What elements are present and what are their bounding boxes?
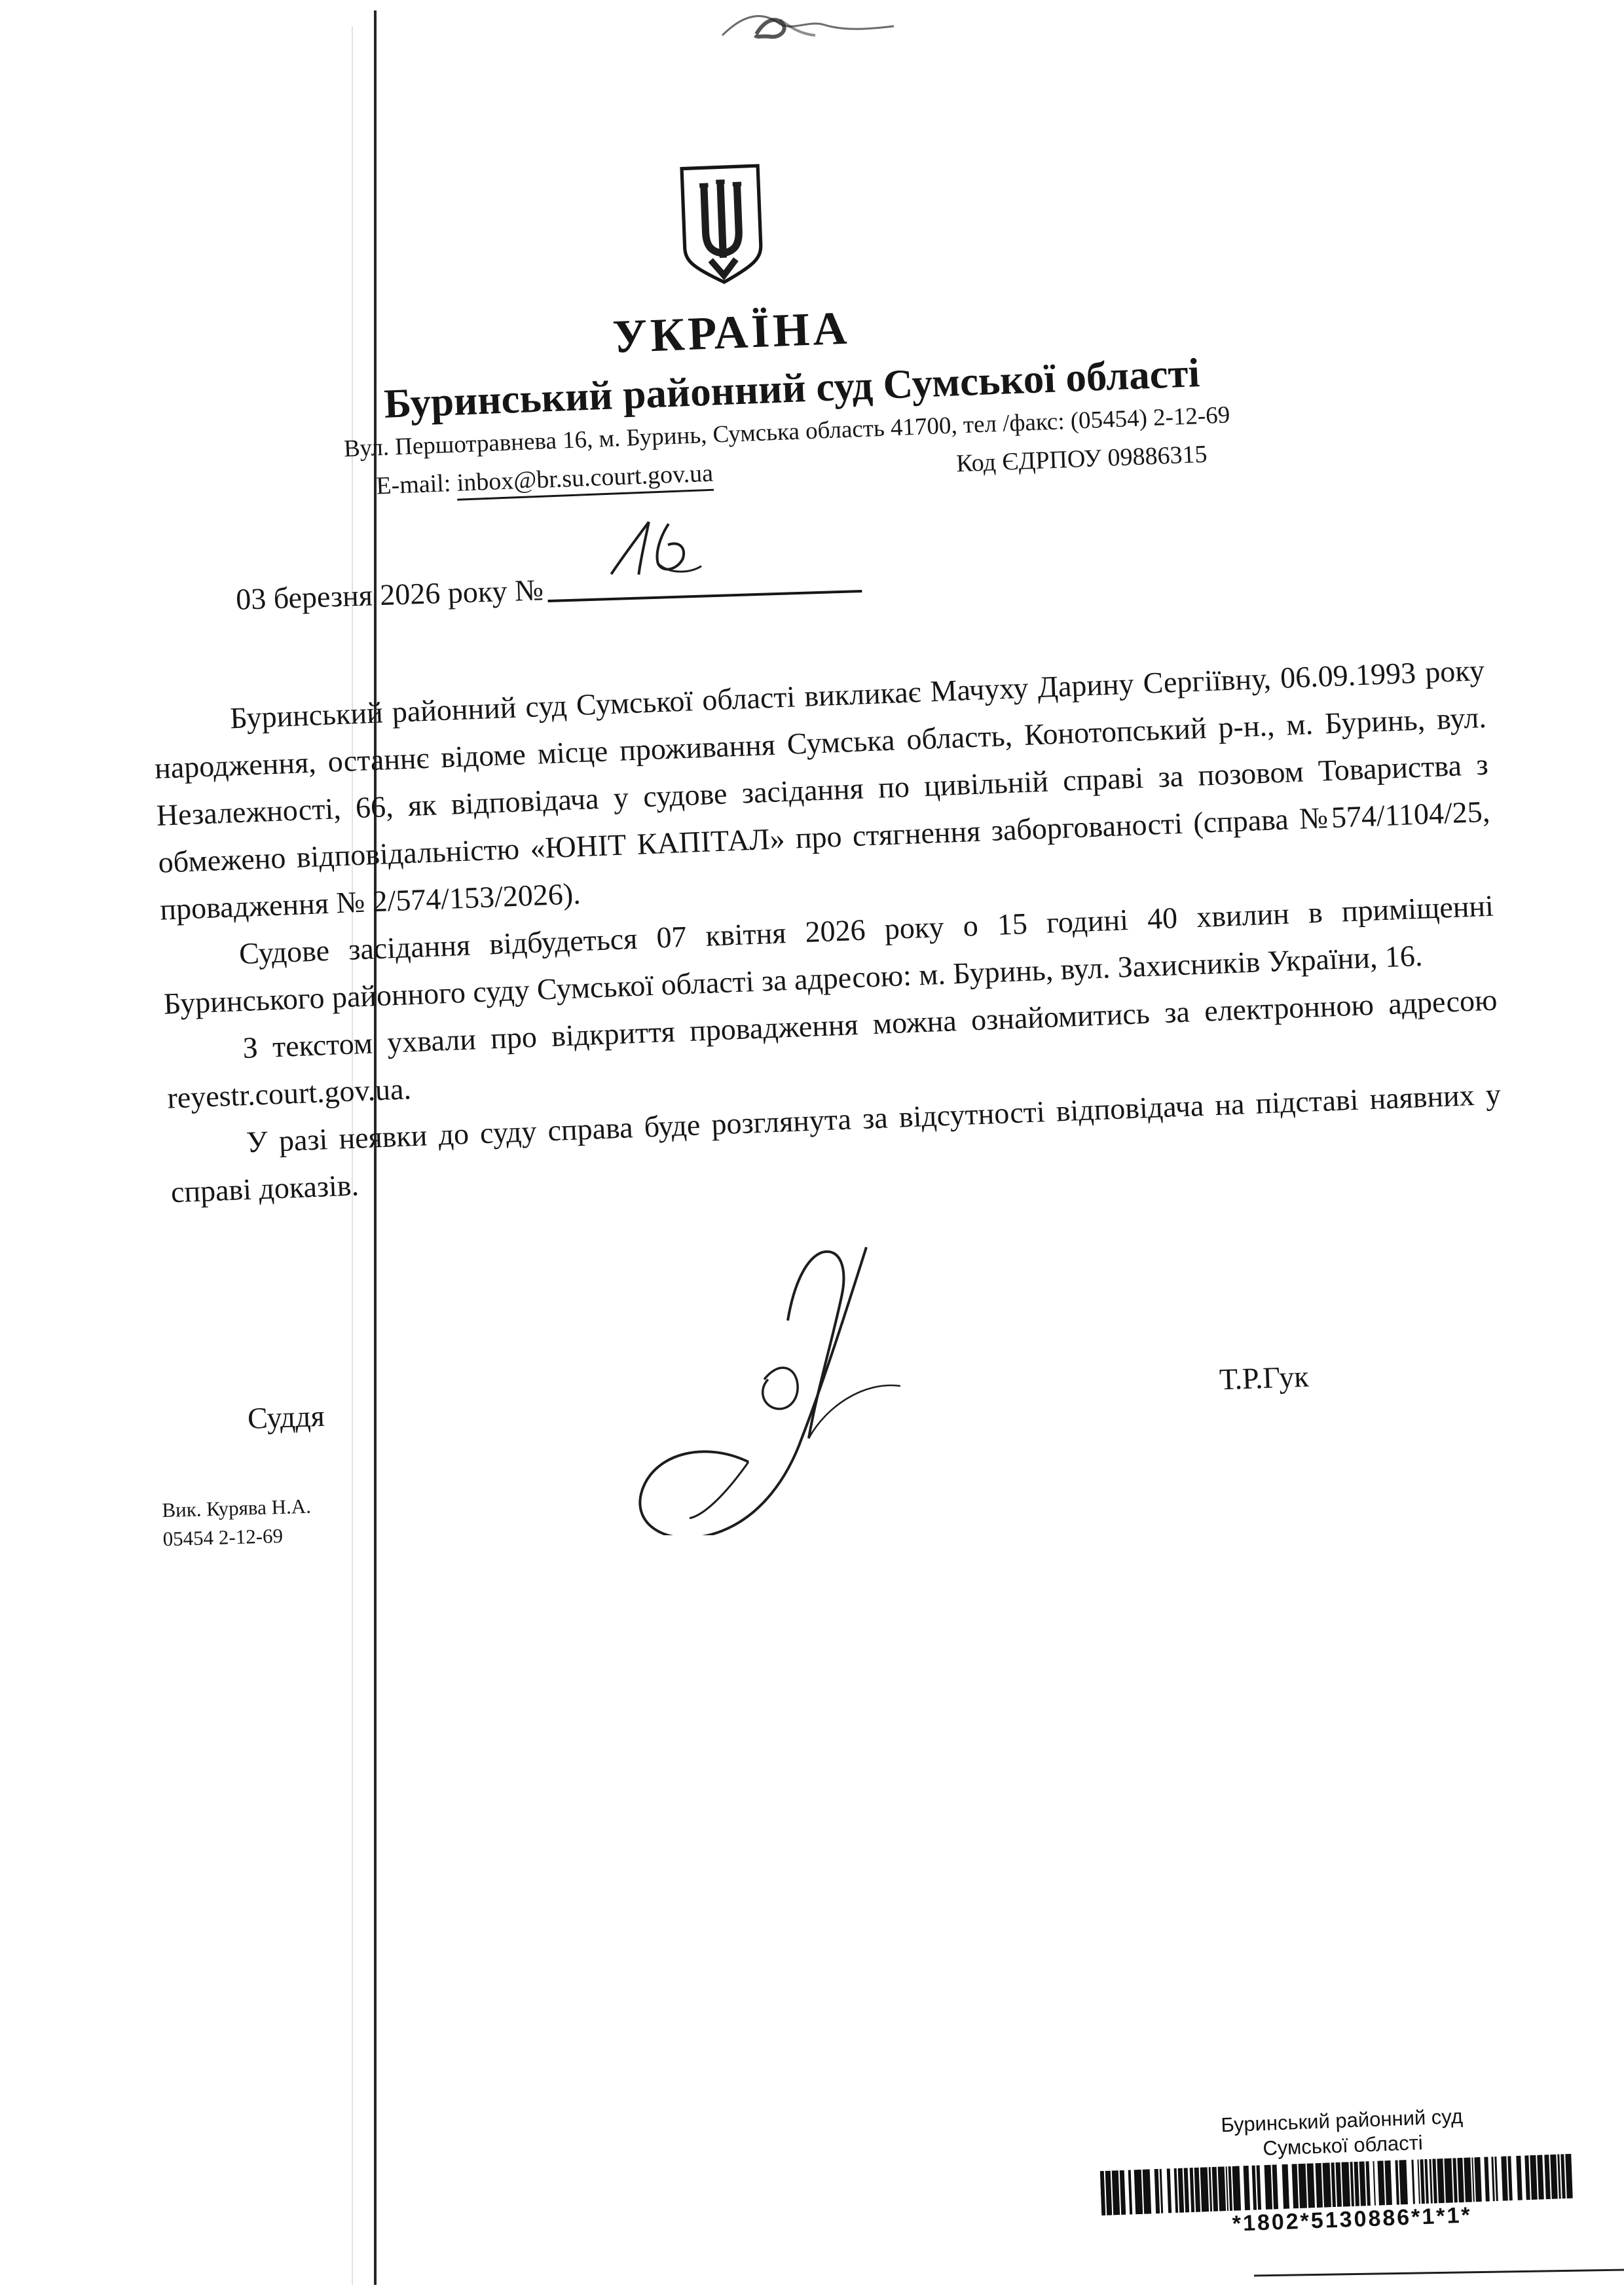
handwritten-number (591, 518, 705, 587)
judge-role-label: Суддя (247, 1398, 325, 1436)
stamp-court-line2: Сумської області (1263, 2130, 1424, 2161)
ukraine-trident-emblem (675, 147, 769, 302)
scan-artifact-line (1254, 2269, 1624, 2277)
footer-court-stamp: Буринський районний суд Сумської області… (1021, 2099, 1614, 2245)
clerk-name: Вик. Курява Н.А. (162, 1492, 312, 1525)
email-address: inbox@br.su.court.gov.ua (456, 460, 714, 501)
letter-body: Буринський районний суд Сумської області… (152, 647, 1504, 1216)
clerk-phone: 05454 2-12-69 (162, 1521, 312, 1554)
scanned-court-summons-page: УКРАЇНА Буринський районний суд Сумської… (0, 0, 1624, 2296)
letterhead: УКРАЇНА Буринський районний суд Сумської… (184, 126, 1336, 509)
barcode (1100, 2153, 1612, 2216)
email-line: E-mail: inbox@br.su.court.gov.ua (375, 458, 713, 502)
date-line: 03 березня 2026 року № (235, 561, 862, 617)
email-label: E-mail: (376, 469, 451, 500)
country-title: УКРАЇНА (612, 303, 851, 362)
date-text: 03 березня 2026 року № (235, 573, 544, 616)
clerk-block: Вик. Курява Н.А. 05454 2-12-69 (162, 1492, 312, 1554)
ink-smudge (717, 7, 907, 52)
judge-name: Т.Р.Гук (1219, 1359, 1309, 1397)
judge-signature (593, 1241, 959, 1535)
edrpou-code: Код ЄДРПОУ 09886315 (955, 439, 1208, 480)
number-blank-line (547, 564, 862, 602)
